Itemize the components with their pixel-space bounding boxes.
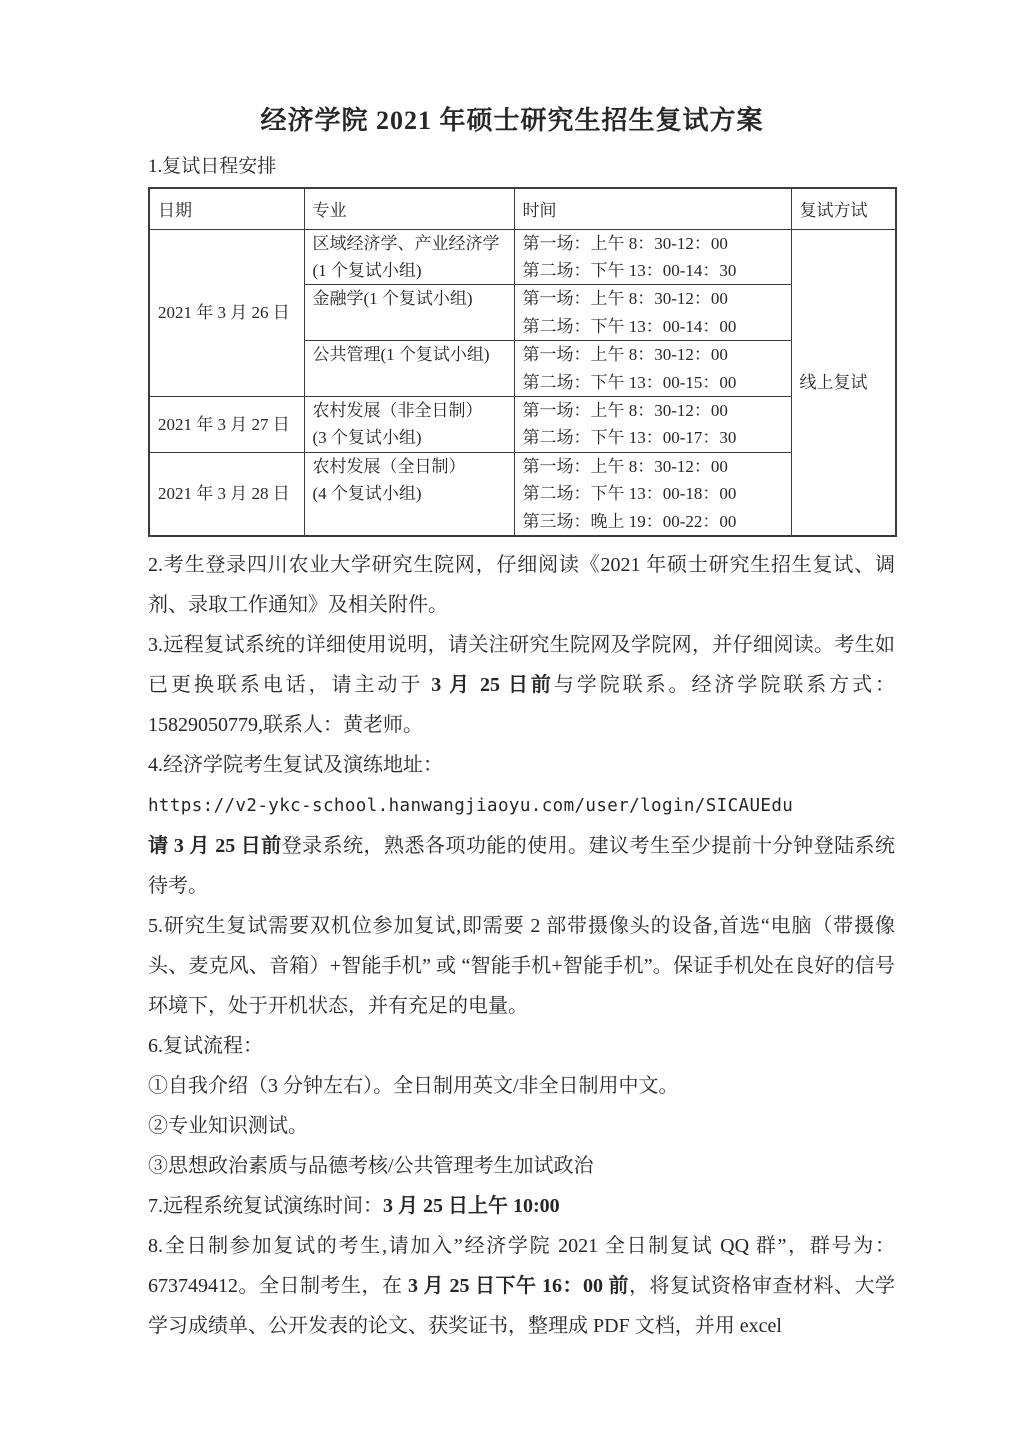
major-cell: 公共管理(1 个复试小组) <box>304 341 514 397</box>
text: 6.复试流程： <box>148 1035 263 1057</box>
paragraph: 请 3 月 25 日前登录系统，熟悉各项功能的使用。建议考生至少提前十分钟登陆系… <box>148 826 895 906</box>
url-text: https://v2-ykc-school.hanwangjiaoyu.com/… <box>148 796 793 816</box>
header-date: 日期 <box>149 188 304 229</box>
document-content: 1.复试日程安排 日期 专业 时间 复试方试 2021 年 3 月 26 日区域… <box>148 154 895 1346</box>
paragraph: ③思想政治素质与品德考核/公共管理考生加试政治 <box>148 1146 895 1186</box>
text: ③思想政治素质与品德考核/公共管理考生加试政治 <box>148 1155 594 1177</box>
major-cell: 农村发展（全日制）(4 个复试小组) <box>304 452 514 536</box>
time-line: 第二场：下午 13：00-14：30 <box>523 257 783 284</box>
bold-text: 请 3 月 25 日前 <box>148 835 282 857</box>
paragraph: 2.考生登录四川农业大学研究生院网，仔细阅读《2021 年硕士研究生招生复试、调… <box>148 545 895 625</box>
header-method: 复试方试 <box>791 188 896 229</box>
schedule-table-head: 日期 专业 时间 复试方试 <box>149 188 896 229</box>
time-line: 第一场：上午 8：30-12：00 <box>523 285 783 312</box>
paragraphs: 2.考生登录四川农业大学研究生院网，仔细阅读《2021 年硕士研究生招生复试、调… <box>148 545 895 1346</box>
major-line: (4 个复试小组) <box>313 480 506 507</box>
paragraph: 8.全日制参加复试的考生,请加入”经济学院 2021 全日制复试 QQ 群”，群… <box>148 1226 895 1346</box>
date-cell: 2021 年 3 月 28 日 <box>149 452 304 536</box>
time-cell: 第一场：上午 8：30-12：00第二场：下午 13：00-15：00 <box>514 341 791 397</box>
time-cell: 第一场：上午 8：30-12：00第二场：下午 13：00-17：30 <box>514 396 791 452</box>
paragraph: ②专业知识测试。 <box>148 1106 895 1146</box>
table-row: 2021 年 3 月 28 日农村发展（全日制）(4 个复试小组)第一场：上午 … <box>149 452 896 536</box>
document-page: 经济学院 2021 年硕士研究生招生复试方案 1.复试日程安排 日期 专业 时间… <box>0 0 1024 1448</box>
major-line: (3 个复试小组) <box>313 424 506 451</box>
paragraph: 6.复试流程： <box>148 1026 895 1066</box>
major-cell: 农村发展（非全日制）(3 个复试小组) <box>304 396 514 452</box>
paragraph: 4.经济学院考生复试及演练地址： <box>148 745 895 785</box>
header-major: 专业 <box>304 188 514 229</box>
paragraph: 3.远程复试系统的详细使用说明，请关注研究生院网及学院网，并仔细阅读。考生如已更… <box>148 625 895 745</box>
schedule-table: 日期 专业 时间 复试方试 2021 年 3 月 26 日区域经济学、产业经济学… <box>148 187 897 537</box>
table-row: 2021 年 3 月 26 日区域经济学、产业经济学(1 个复试小组)第一场：上… <box>149 229 896 285</box>
major-cell: 区域经济学、产业经济学(1 个复试小组) <box>304 229 514 285</box>
date-cell: 2021 年 3 月 27 日 <box>149 396 304 452</box>
table-header-row: 日期 专业 时间 复试方试 <box>149 188 896 229</box>
major-line: 农村发展（非全日制） <box>313 397 506 424</box>
major-cell: 金融学(1 个复试小组) <box>304 285 514 341</box>
page-title: 经济学院 2021 年硕士研究生招生复试方案 <box>0 0 1024 137</box>
header-time: 时间 <box>514 188 791 229</box>
text: ②专业知识测试。 <box>148 1115 308 1137</box>
time-cell: 第一场：上午 8：30-12：00第二场：下午 13：00-14：00 <box>514 285 791 341</box>
date-cell: 2021 年 3 月 26 日 <box>149 229 304 396</box>
text: 5.研究生复试需要双机位参加复试,即需要 2 部带摄像头的设备,首选“电脑（带摄… <box>148 915 895 1017</box>
time-cell: 第一场：上午 8：30-12：00第二场：下午 13：00-14：30 <box>514 229 791 285</box>
major-line: 公共管理(1 个复试小组) <box>313 341 506 368</box>
paragraph: 5.研究生复试需要双机位参加复试,即需要 2 部带摄像头的设备,首选“电脑（带摄… <box>148 906 895 1026</box>
section-heading: 1.复试日程安排 <box>148 154 895 180</box>
bold-text: 3 月 25 日前 <box>431 674 554 696</box>
time-cell: 第一场：上午 8：30-12：00第二场：下午 13：00-18：00第三场：晚… <box>514 452 791 536</box>
time-line: 第二场：下午 13：00-17：30 <box>523 424 783 451</box>
time-line: 第三场：晚上 19：00-22：00 <box>523 508 783 535</box>
major-line: 金融学(1 个复试小组) <box>313 285 506 312</box>
bold-text: 3 月 25 日上午 10:00 <box>383 1195 560 1217</box>
time-line: 第二场：下午 13：00-14：00 <box>523 313 783 340</box>
bold-text: 3 月 25 日下午 16：00 前 <box>408 1275 629 1297</box>
text: 4.经济学院考生复试及演练地址： <box>148 754 443 776</box>
text: ①自我介绍（3 分钟左右）。全日制用英文/非全日制用中文。 <box>148 1075 679 1097</box>
time-line: 第一场：上午 8：30-12：00 <box>523 397 783 424</box>
time-line: 第一场：上午 8：30-12：00 <box>523 341 783 368</box>
paragraph: 7.远程系统复试演练时间：3 月 25 日上午 10:00 <box>148 1186 895 1226</box>
time-line: 第一场：上午 8：30-12：00 <box>523 230 783 257</box>
method-cell: 线上复试 <box>791 229 896 536</box>
major-line: 区域经济学、产业经济学 <box>313 230 506 257</box>
schedule-table-body: 2021 年 3 月 26 日区域经济学、产业经济学(1 个复试小组)第一场：上… <box>149 229 896 536</box>
paragraph: ①自我介绍（3 分钟左右）。全日制用英文/非全日制用中文。 <box>148 1066 895 1106</box>
text: 7.远程系统复试演练时间： <box>148 1195 383 1217</box>
major-line: 农村发展（全日制） <box>313 453 506 480</box>
table-row: 2021 年 3 月 27 日农村发展（非全日制）(3 个复试小组)第一场：上午… <box>149 396 896 452</box>
time-line: 第二场：下午 13：00-18：00 <box>523 480 783 507</box>
url-paragraph: https://v2-ykc-school.hanwangjiaoyu.com/… <box>148 785 895 826</box>
major-line: (1 个复试小组) <box>313 257 506 284</box>
text: 2.考生登录四川农业大学研究生院网，仔细阅读《2021 年硕士研究生招生复试、调… <box>148 554 895 616</box>
time-line: 第一场：上午 8：30-12：00 <box>523 453 783 480</box>
time-line: 第二场：下午 13：00-15：00 <box>523 369 783 396</box>
